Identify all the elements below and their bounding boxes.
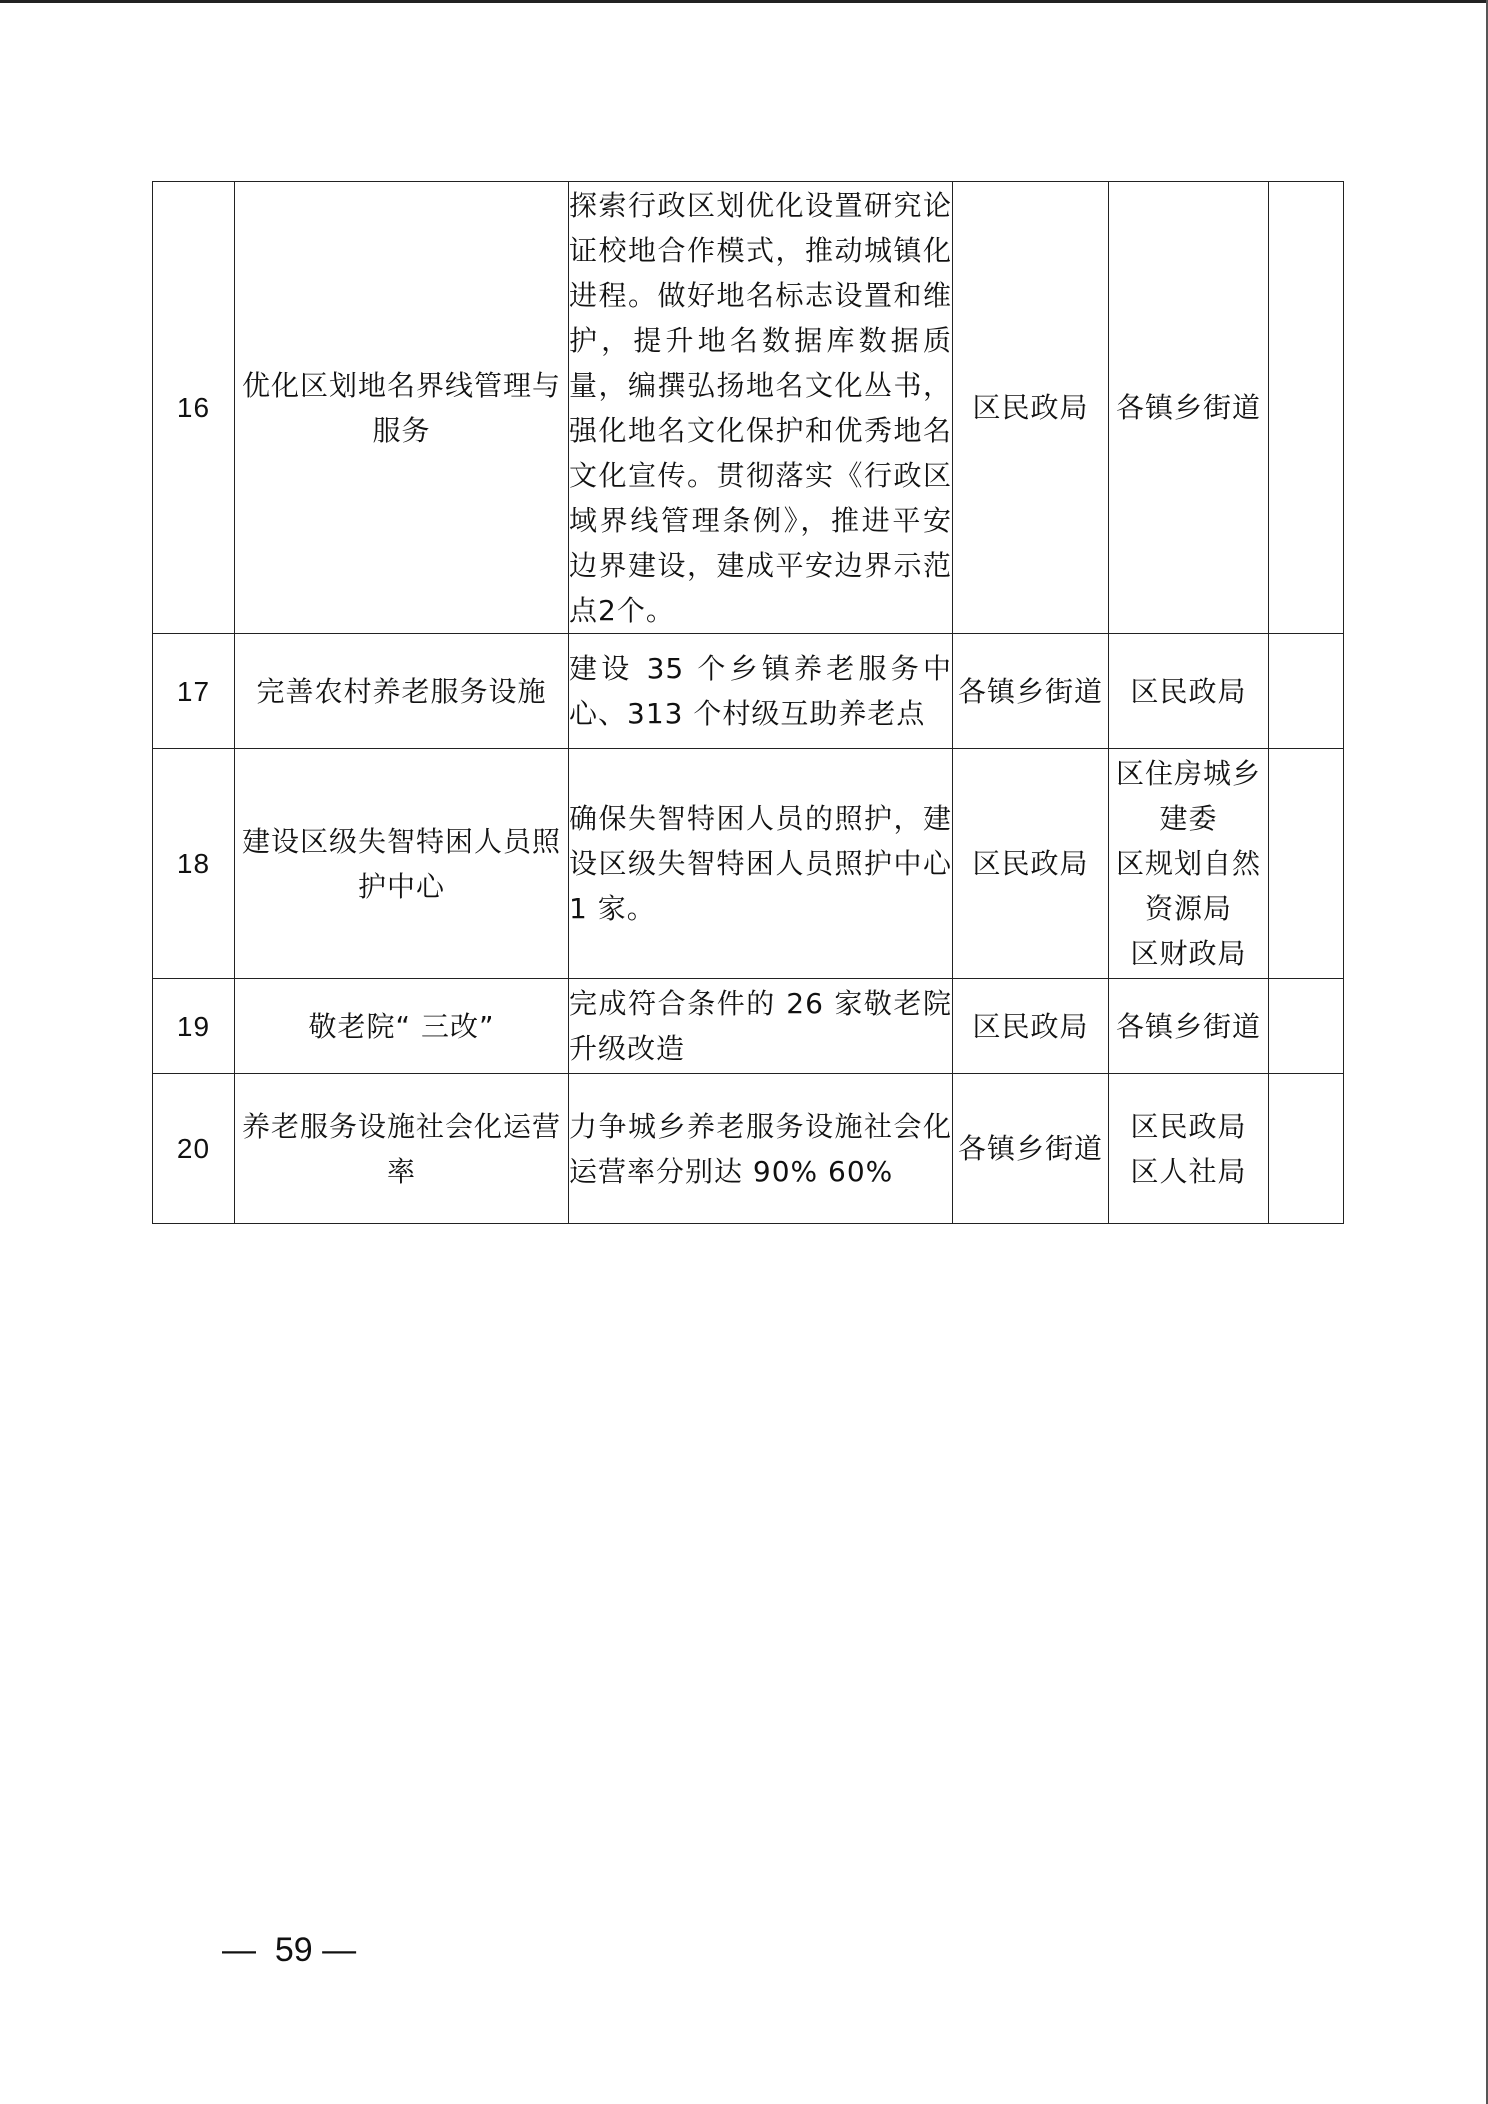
remark-cell xyxy=(1269,182,1344,634)
row-number: 18 xyxy=(153,749,235,979)
table-row: 19 敬老院“ 三改” 完成符合条件的 26 家敬老院升级改造 区民政局 各镇乡… xyxy=(153,979,1344,1074)
lead-unit-name: 各镇乡街道 xyxy=(953,669,1108,714)
cooperating-units: 区民政局 xyxy=(1109,634,1269,749)
table-row: 20 养老服务设施社会化运营率 力争城乡养老服务设施社会化运营率分别达 90% … xyxy=(153,1074,1344,1224)
task-table: 16 优化区划地名界线管理与服务 探索行政区划优化设置研究论证校地合作模式，推动… xyxy=(152,181,1344,1224)
project-name: 敬老院“ 三改” xyxy=(235,979,569,1074)
cooperating-unit-name: 区民政局 xyxy=(1109,669,1268,714)
cooperating-unit-name: 各镇乡街道 xyxy=(1109,385,1268,430)
project-description: 确保失智特困人员的照护，建设区级失智特困人员照护中心 1 家。 xyxy=(569,749,953,979)
project-description: 探索行政区划优化设置研究论证校地合作模式，推动城镇化进程。做好地名标志设置和维护… xyxy=(569,182,953,634)
project-description: 完成符合条件的 26 家敬老院升级改造 xyxy=(569,979,953,1074)
remark-cell xyxy=(1269,979,1344,1074)
row-number: 16 xyxy=(153,182,235,634)
cooperating-units: 区住房城乡建委 区规划自然资源局 区财政局 xyxy=(1109,749,1269,979)
remark-cell xyxy=(1269,749,1344,979)
remark-cell xyxy=(1269,634,1344,749)
project-name: 优化区划地名界线管理与服务 xyxy=(235,182,569,634)
table-row: 16 优化区划地名界线管理与服务 探索行政区划优化设置研究论证校地合作模式，推动… xyxy=(153,182,1344,634)
lead-unit-name: 各镇乡街道 xyxy=(953,1126,1108,1171)
page-number: — 59 — xyxy=(222,1926,356,1974)
remark-cell xyxy=(1269,1074,1344,1224)
row-number: 17 xyxy=(153,634,235,749)
table-row: 18 建设区级失智特困人员照护中心 确保失智特困人员的照护，建设区级失智特困人员… xyxy=(153,749,1344,979)
cooperating-unit-name: 区住房城乡建委 xyxy=(1113,751,1264,841)
project-name: 建设区级失智特困人员照护中心 xyxy=(235,749,569,979)
lead-unit: 区民政局 xyxy=(953,182,1109,634)
table-row: 17 完善农村养老服务设施 建设 35 个乡镇养老服务中心、313 个村级互助养… xyxy=(153,634,1344,749)
cooperating-unit-name: 区规划自然资源局 xyxy=(1113,841,1264,931)
project-name: 完善农村养老服务设施 xyxy=(235,634,569,749)
project-description: 建设 35 个乡镇养老服务中心、313 个村级互助养老点 xyxy=(569,634,953,749)
lead-unit-name: 区民政局 xyxy=(953,385,1108,430)
project-name: 养老服务设施社会化运营率 xyxy=(235,1074,569,1224)
row-number: 19 xyxy=(153,979,235,1074)
lead-unit-name: 区民政局 xyxy=(953,841,1108,886)
cooperating-unit-name: 区财政局 xyxy=(1113,931,1264,976)
lead-unit: 区民政局 xyxy=(953,979,1109,1074)
lead-unit: 区民政局 xyxy=(953,749,1109,979)
lead-unit: 各镇乡街道 xyxy=(953,634,1109,749)
row-number: 20 xyxy=(153,1074,235,1224)
cooperating-units: 各镇乡街道 xyxy=(1109,979,1269,1074)
cooperating-unit-name: 区民政局 xyxy=(1109,1104,1268,1149)
project-description: 力争城乡养老服务设施社会化运营率分别达 90% 60% xyxy=(569,1074,953,1224)
cooperating-units: 区民政局 区人社局 xyxy=(1109,1074,1269,1224)
lead-unit: 各镇乡街道 xyxy=(953,1074,1109,1224)
cooperating-unit-name: 各镇乡街道 xyxy=(1109,1004,1268,1049)
cooperating-units: 各镇乡街道 xyxy=(1109,182,1269,634)
cooperating-unit-name: 区人社局 xyxy=(1109,1149,1268,1194)
top-border-line xyxy=(0,0,1488,3)
lead-unit-name: 区民政局 xyxy=(953,1004,1108,1049)
